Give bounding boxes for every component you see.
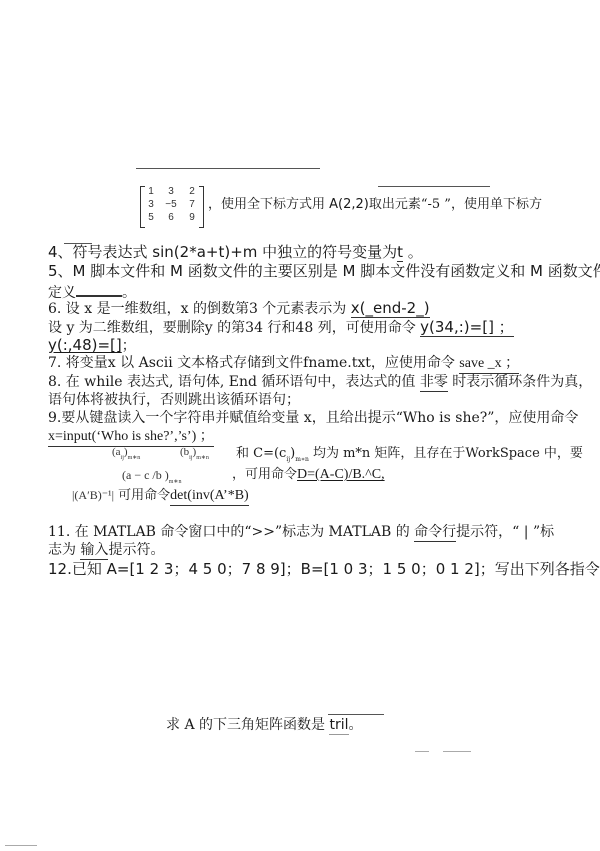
- stray-rule: [5, 845, 37, 846]
- q7-answer: save _x ；: [459, 355, 519, 374]
- blank-line-top: [136, 168, 320, 169]
- q8-line-1: 8. 在 while 表达式, 语句体, End 循环语句中，表达式的值 非零 …: [48, 373, 592, 392]
- q6-answer-3: y(:,48)=[]: [48, 336, 122, 354]
- q5-answer-blank: [76, 281, 122, 297]
- q8-line-2: 语句体将被执行，否则跳出该循环语句；: [48, 391, 300, 409]
- q6-line-2: 设 y 为二维数组，要删除y 的第34 行和48 列，可使用命令 y(34,:)…: [48, 318, 514, 337]
- q10-line-3: |(A′B)⁻¹| 可用命令det(inv(A’*B): [72, 486, 249, 506]
- matrix-cell: 5: [142, 212, 160, 223]
- q6-line-1: 6. 设 x 是一维数组，x 的倒数第3 个元素表示为 x(_end-2_): [48, 299, 430, 318]
- matrix-cell: 2: [183, 186, 201, 197]
- q10-expression-2: (a − c /b )m∗n: [122, 468, 181, 485]
- q10-expression-3: |(A′B)⁻¹|: [72, 488, 114, 502]
- matrix-cell: 3: [162, 186, 180, 197]
- matrix-cell: −5: [162, 199, 180, 210]
- q10-matrix-a: (aij)m∗n: [112, 446, 140, 461]
- stray-rule: [443, 751, 471, 752]
- q3-answer: A(2,2): [329, 197, 369, 212]
- q8-answer: 非零: [420, 373, 448, 392]
- blank-line-top-right: [378, 186, 490, 187]
- q11-answer-2: 输入: [80, 541, 108, 560]
- q4-line: 4、符号表达式 sin(2*a+t)+m 中独立的符号变量为 t 。: [48, 243, 423, 262]
- q3-text: ，使用全下标方式用 A(2,2)取出元素“-5 ”，使用单下标方: [208, 196, 542, 214]
- matrix-cell: 3: [142, 199, 160, 210]
- q10-matrix-b: (bij)m∗n: [180, 446, 209, 461]
- matrix-cell: 7: [183, 199, 201, 210]
- matrix-cell: 1: [142, 186, 160, 197]
- matrix-3x3: 1 3 2 3 −5 7 5 6 9: [140, 186, 204, 228]
- q9-line-1: 9.要从键盘读入一个字符串并赋值给变量 x，且给出提示“Who is she?”…: [48, 409, 578, 427]
- stray-rule: [415, 751, 429, 752]
- tril-line: 求 A 的下三角矩阵函数是 tril。: [166, 716, 363, 735]
- blank-line-tril-over: [328, 714, 384, 715]
- q7-line: 7. 将变量x 以 Ascii 文本格式存储到文件fname.txt，应使用命令…: [48, 354, 519, 374]
- matrix-cell: 6: [162, 212, 180, 223]
- matrix-cell: 9: [183, 212, 201, 223]
- q9-answer-line: x=input(‘Who is she?’,’s’) ；: [48, 428, 214, 447]
- tril-answer: tril: [329, 716, 348, 735]
- q11-line-2: 志为 输入 提示符。: [48, 541, 164, 560]
- q6-answer-1: x(_end-2_): [351, 299, 430, 318]
- q6-line-3: y(:,48)=[]；: [48, 336, 136, 355]
- q9-answer: x=input(‘Who is she?’,’s’) ；: [48, 428, 214, 447]
- q11-line-1: 11. 在 MATLAB 命令窗口中的“>>”标志为 MATLAB 的 命令行 …: [48, 523, 554, 542]
- q10-line-2: ，可用命令D=(A-C)/B.^C,: [232, 466, 385, 484]
- q6-answer-2: y(34,:)=[] ；: [420, 318, 514, 337]
- q12-line: 12.已知 A=[1 2 3；4 5 0；7 8 9]；B=[1 0 3；1 5…: [48, 560, 600, 578]
- q5-line-1: 5、M 脚本文件和 M 函数文件的主要区别是 M 脚本文件没有函数定义和 M 函…: [48, 262, 600, 280]
- q10-answer-3: det(inv(A’*B): [170, 487, 249, 506]
- q10-answer-2: D=(A-C)/B.^C,: [297, 467, 385, 482]
- q11-answer-1: 命令行: [414, 523, 456, 542]
